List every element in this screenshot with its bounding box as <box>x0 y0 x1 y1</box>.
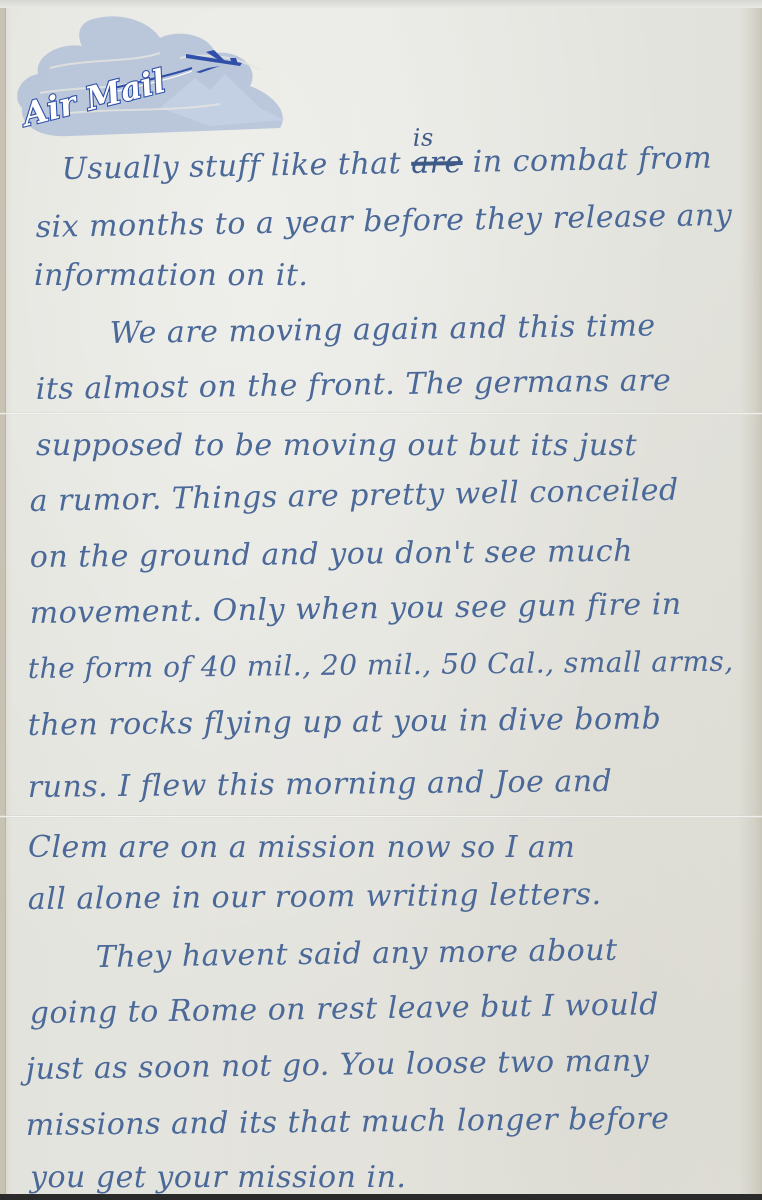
letter-line-8: on the ground and you don't see much <box>30 534 633 575</box>
letter-line-7: a rumor. Things are pretty well conceile… <box>29 473 679 519</box>
letter-line-12: runs. I flew this morning and Joe and <box>28 764 613 805</box>
letter-line-4: We are moving again and this time <box>110 308 656 351</box>
letter-line-1: Usually stuff like that areis in combat … <box>61 141 712 187</box>
letter-line-6: supposed to be moving out but its just <box>36 428 637 463</box>
letter-line-9: movement. Only when you see gun fire in <box>30 587 682 631</box>
letter-line-11: then rocks flying up at you in dive bomb <box>28 701 662 743</box>
letter-line-5: its almost on the front. The germans are <box>36 363 672 407</box>
letter-line-17: just as soon not go. You loose two many <box>26 1043 650 1087</box>
photo-background-edge <box>0 1194 762 1200</box>
letter-line-15: They havent said any more about <box>96 933 618 975</box>
inserted-word: is <box>413 124 434 152</box>
letter-line-2: six months to a year before they release… <box>35 198 732 245</box>
letter-line-16: going to Rome on rest leave but I would <box>30 987 660 1031</box>
struck-out-word: areis <box>411 145 463 181</box>
handwritten-letter: Usually stuff like that areis in combat … <box>0 0 762 1200</box>
letter-line-13: Clem are on a mission now so I am <box>28 830 575 865</box>
letter-line-3: information on it. <box>34 258 308 293</box>
letter-line-19: you get your mission in. <box>30 1160 406 1195</box>
letter-page: Air Mail Usually stuff like that areis i… <box>0 0 762 1200</box>
letter-line-10: the form of 40 mil., 20 mil., 50 Cal., s… <box>28 645 734 685</box>
letter-line-14: all alone in our room writing letters. <box>28 877 602 917</box>
letter-line-18: missions and its that much longer before <box>26 1101 670 1143</box>
